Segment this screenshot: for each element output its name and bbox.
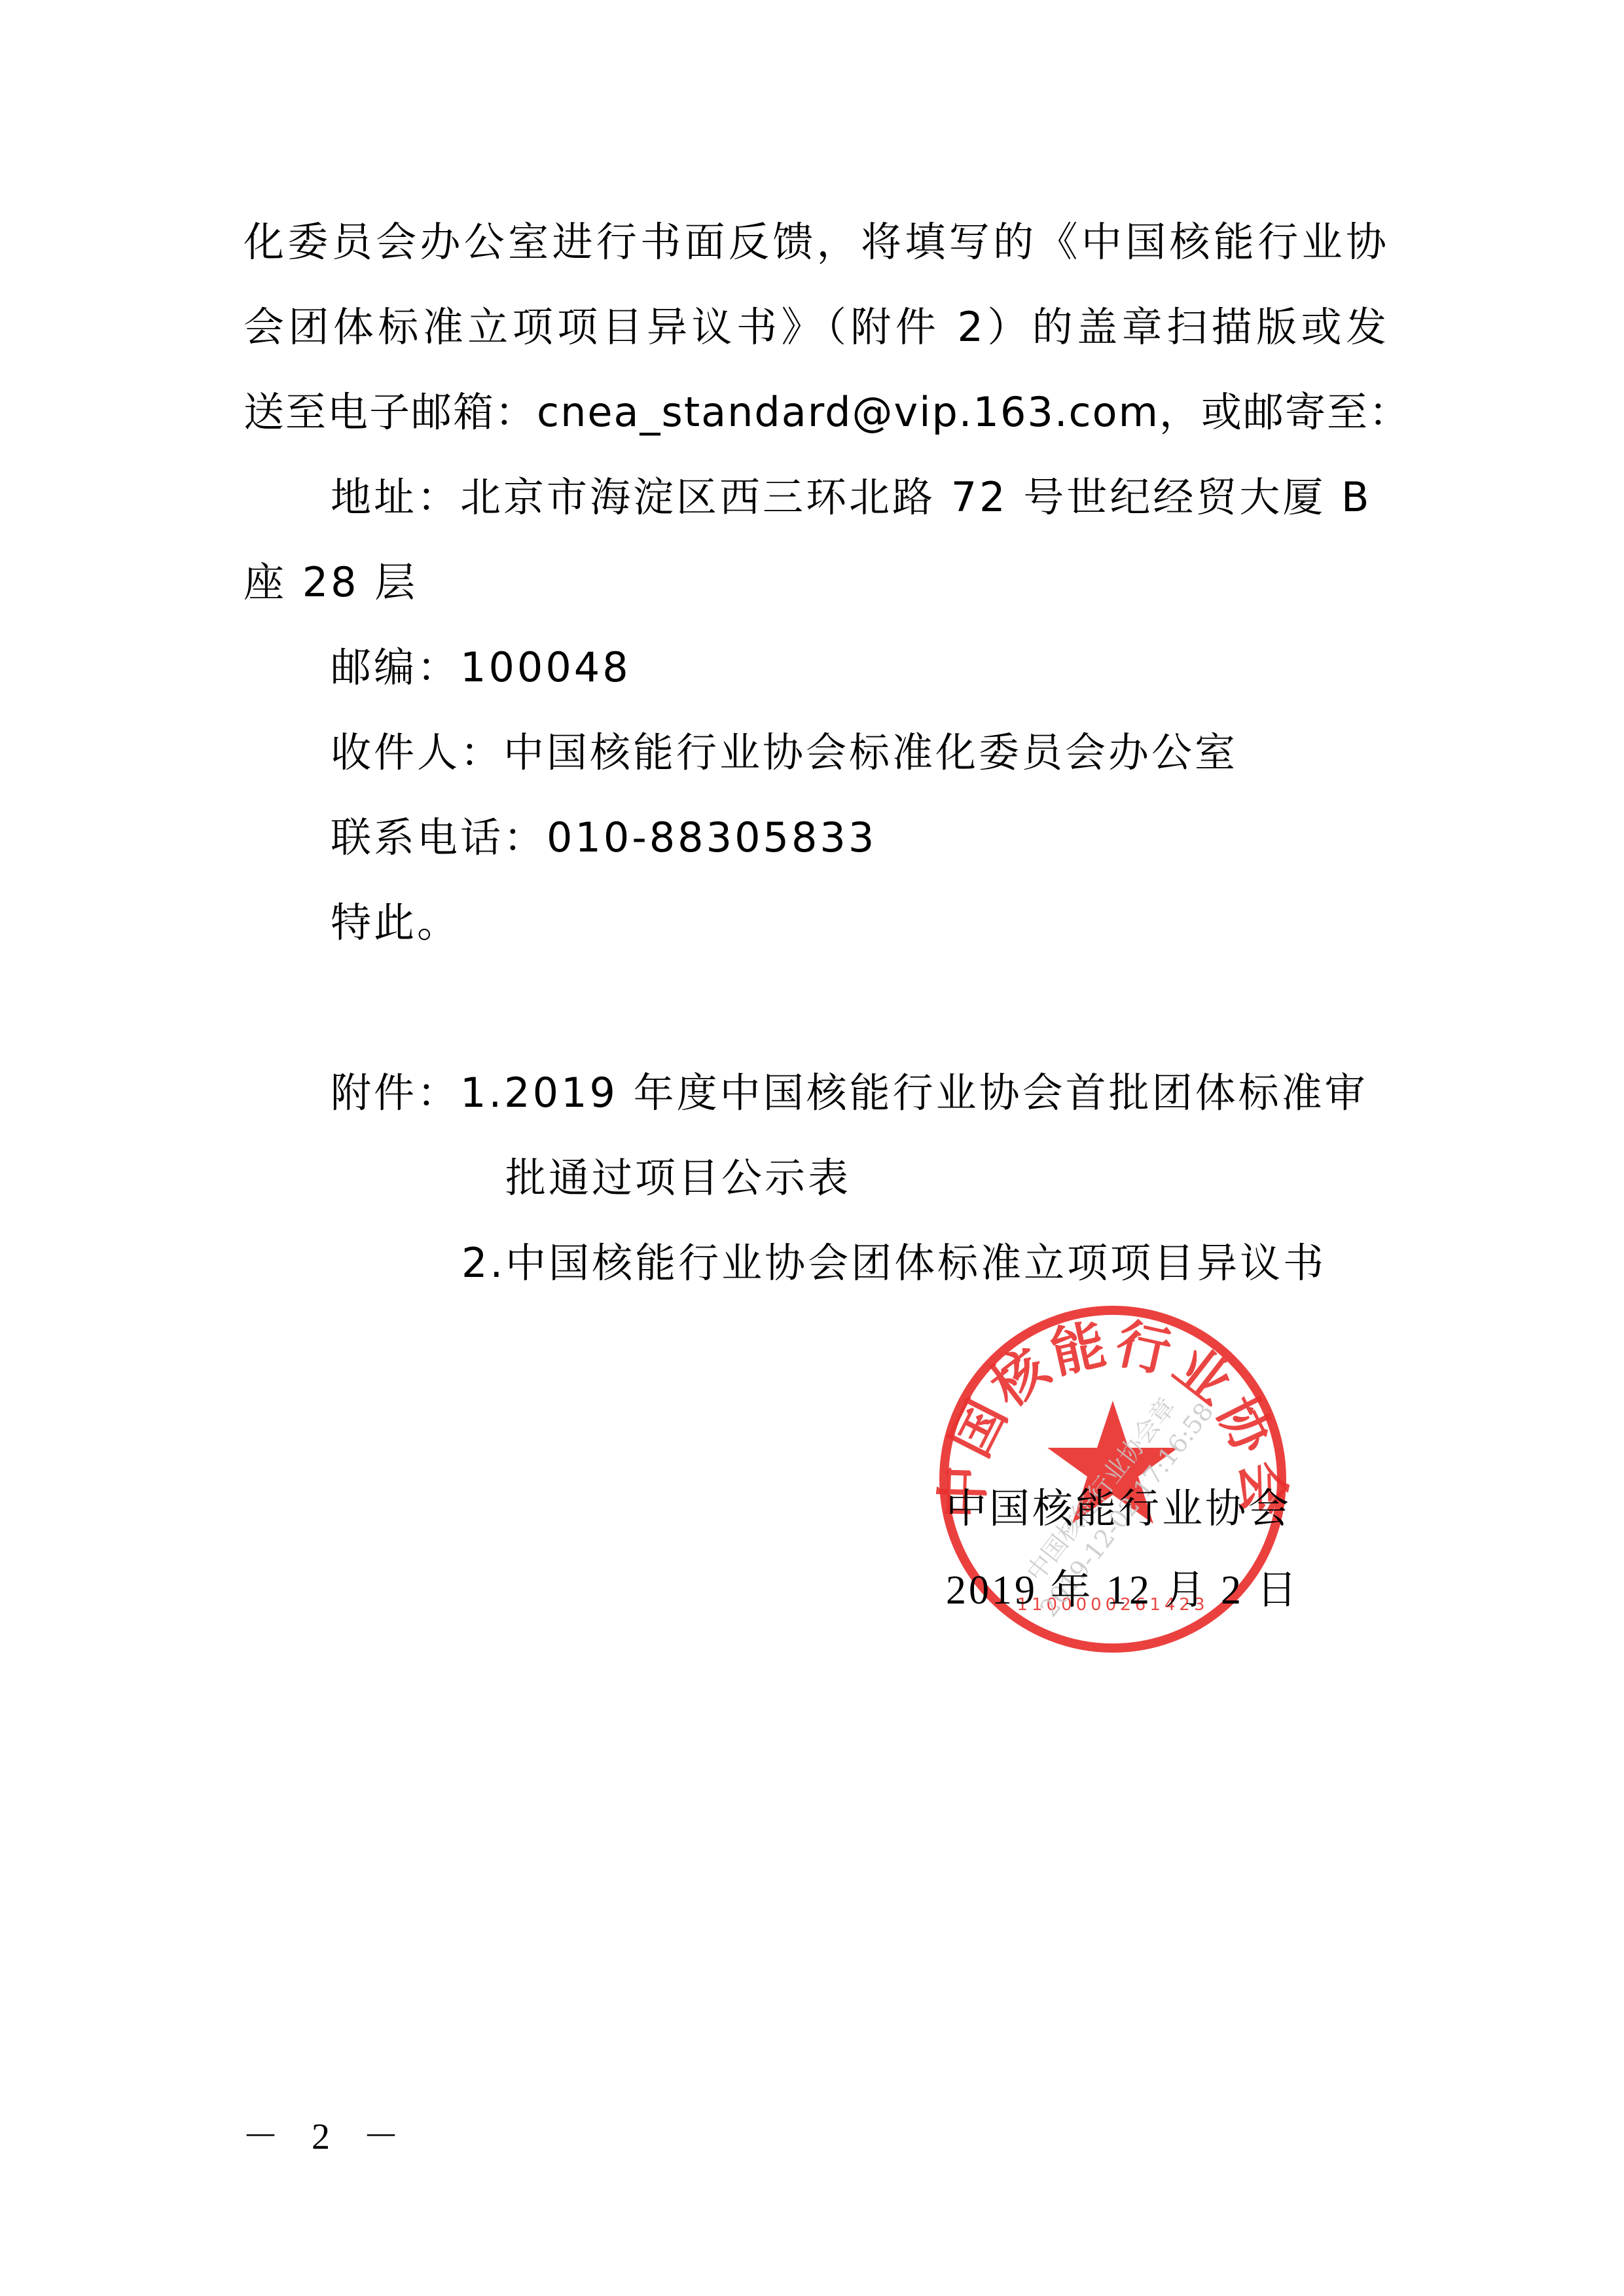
attachment-1-number: 1. (460, 1069, 504, 1117)
closing-text: 特此。 (331, 897, 460, 949)
attachment-1-row: 附件：1.2019 年度中国核能行业协会首批团体标准审 (331, 1067, 1368, 1119)
attachment-1-line1: 2019 年度中国核能行业协会首批团体标准审 (504, 1069, 1368, 1117)
attachment-1-line2: 批通过项目公示表 (505, 1152, 851, 1204)
postcode-row: 邮编：100048 (331, 641, 631, 694)
phone-label: 联系电话： (331, 814, 547, 861)
paragraph-line-2: 会团体标准立项项目异议书》（附件 2）的盖章扫描版或发 (244, 301, 1389, 353)
postcode-value: 100048 (460, 643, 631, 691)
paragraph-line-1: 化委员会办公室进行书面反馈，将填写的《中国核能行业协 (244, 216, 1389, 268)
address-row: 地址：北京市海淀区西三环北路 72 号世纪经贸大厦 B (331, 471, 1372, 524)
signature-date: 2019 年 12 月 2 日 (946, 1564, 1300, 1617)
attachment-2-line1: 中国核能行业协会团体标准立项项目异议书 (505, 1239, 1326, 1287)
attachments-label: 附件： (331, 1069, 460, 1117)
phone-value: 010-88305833 (547, 814, 876, 861)
recipient-row: 收件人：中国核能行业协会标准化委员会办公室 (331, 726, 1238, 779)
paragraph-line-3: 送至电子邮箱：cnea_standard@vip.163.com，或邮寄至： (244, 386, 1411, 439)
phone-row: 联系电话：010-88305833 (331, 812, 876, 864)
address-line1: 北京市海淀区西三环北路 72 号世纪经贸大厦 B (460, 473, 1372, 521)
recipient-value: 中国核能行业协会标准化委员会办公室 (503, 728, 1238, 776)
postcode-label: 邮编： (331, 643, 460, 691)
address-line2: 座 28 层 (244, 556, 418, 609)
signature-organization: 中国核能行业协会 (946, 1482, 1291, 1535)
recipient-label: 收件人： (331, 728, 503, 776)
address-label: 地址： (331, 473, 460, 521)
attachment-2-number: 2. (461, 1239, 505, 1287)
page-number: － 2 － (242, 2108, 411, 2160)
attachment-2-row: 2.中国核能行业协会团体标准立项项目异议书 (461, 1237, 1326, 1289)
